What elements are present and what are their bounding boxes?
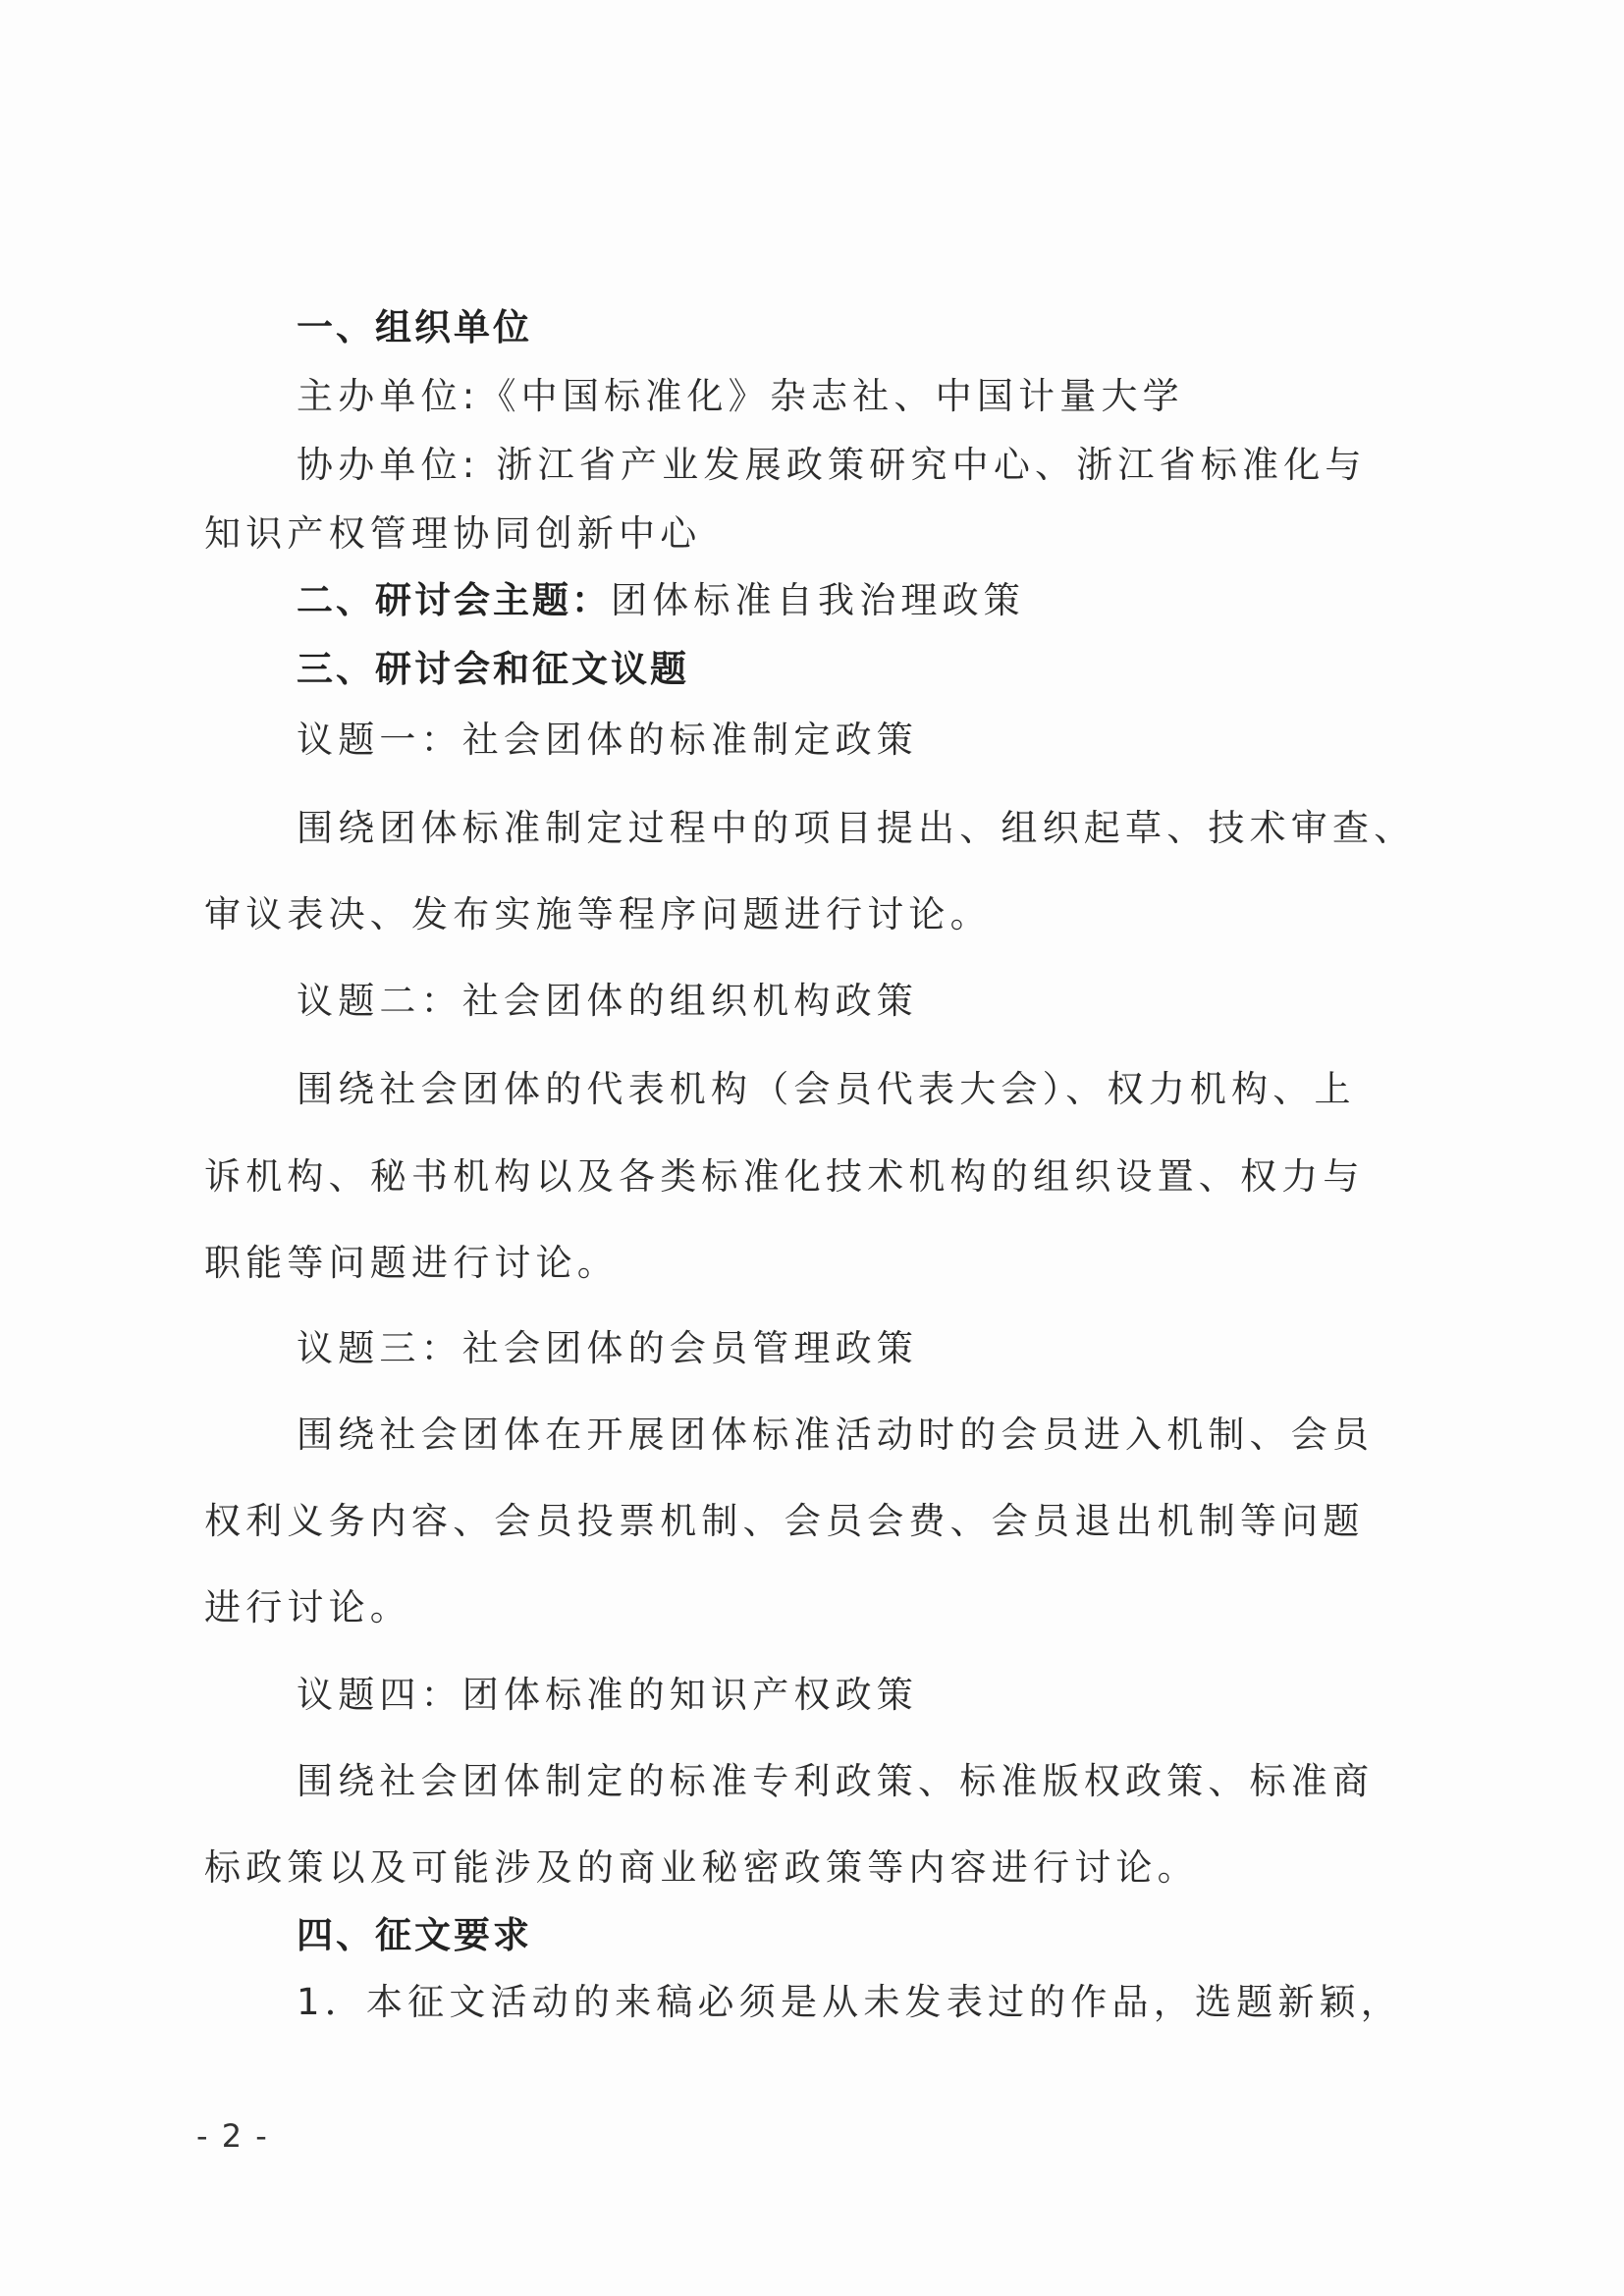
topic1-body-line1: 围绕团体标准制定过程中的项目提出、组织起草、技术审查、 [297,807,1415,850]
page-number: - 2 - [196,2117,269,2155]
topic4-title: 议题四：团体标准的知识产权政策 [297,1674,918,1717]
topic2-body-line1: 围绕社会团体的代表机构（会员代表大会）、权力机构、上 [297,1068,1356,1111]
host-organizations: 主办单位:《中国标准化》杂志社、中国计量大学 [297,375,1184,418]
section-heading-theme: 二、研讨会主题： [297,579,611,621]
topic1-title: 议题一：社会团体的标准制定政策 [297,719,918,762]
section-heading-organizers: 一、组织单位 [297,306,532,349]
co-organizers-line1: 协办单位: 浙江省产业发展政策研究中心、浙江省标准化与 [297,444,1367,487]
theme-text: 团体标准自我治理政策 [611,579,1025,621]
section-theme: 二、研讨会主题：团体标准自我治理政策 [297,579,1025,622]
topic2-body-line2: 诉机构、秘书机构以及各类标准化技术机构的组织设置、权力与 [204,1155,1365,1199]
topic2-body-line3: 职能等问题进行讨论。 [204,1242,619,1285]
requirement1-line1: 1．本征文活动的来稿必须是从未发表过的作品，选题新颖， [297,1981,1402,2024]
topic4-body-line1: 围绕社会团体制定的标准专利政策、标准版权政策、标准商 [297,1760,1374,1803]
topic3-body-line1: 围绕社会团体在开展团体标准活动时的会员进入机制、会员 [297,1414,1374,1457]
co-organizers-line2: 知识产权管理协同创新中心 [204,512,701,556]
topic4-body-line2: 标政策以及可能涉及的商业秘密政策等内容进行讨论。 [204,1846,1199,1890]
section-heading-requirements: 四、征文要求 [297,1914,532,1957]
topic3-body-line2: 权利义务内容、会员投票机制、会员会费、会员退出机制等问题 [204,1500,1365,1543]
topic3-title: 议题三：社会团体的会员管理政策 [297,1327,918,1370]
topic3-body-line3: 进行讨论。 [204,1586,411,1629]
topic2-title: 议题二：社会团体的组织机构政策 [297,980,918,1023]
document-page: 一、组织单位 主办单位:《中国标准化》杂志社、中国计量大学 协办单位: 浙江省产… [0,0,1624,2296]
topic1-body-line2: 审议表决、发布实施等程序问题进行讨论。 [204,893,992,936]
section-heading-topics: 三、研讨会和征文议题 [297,648,689,691]
